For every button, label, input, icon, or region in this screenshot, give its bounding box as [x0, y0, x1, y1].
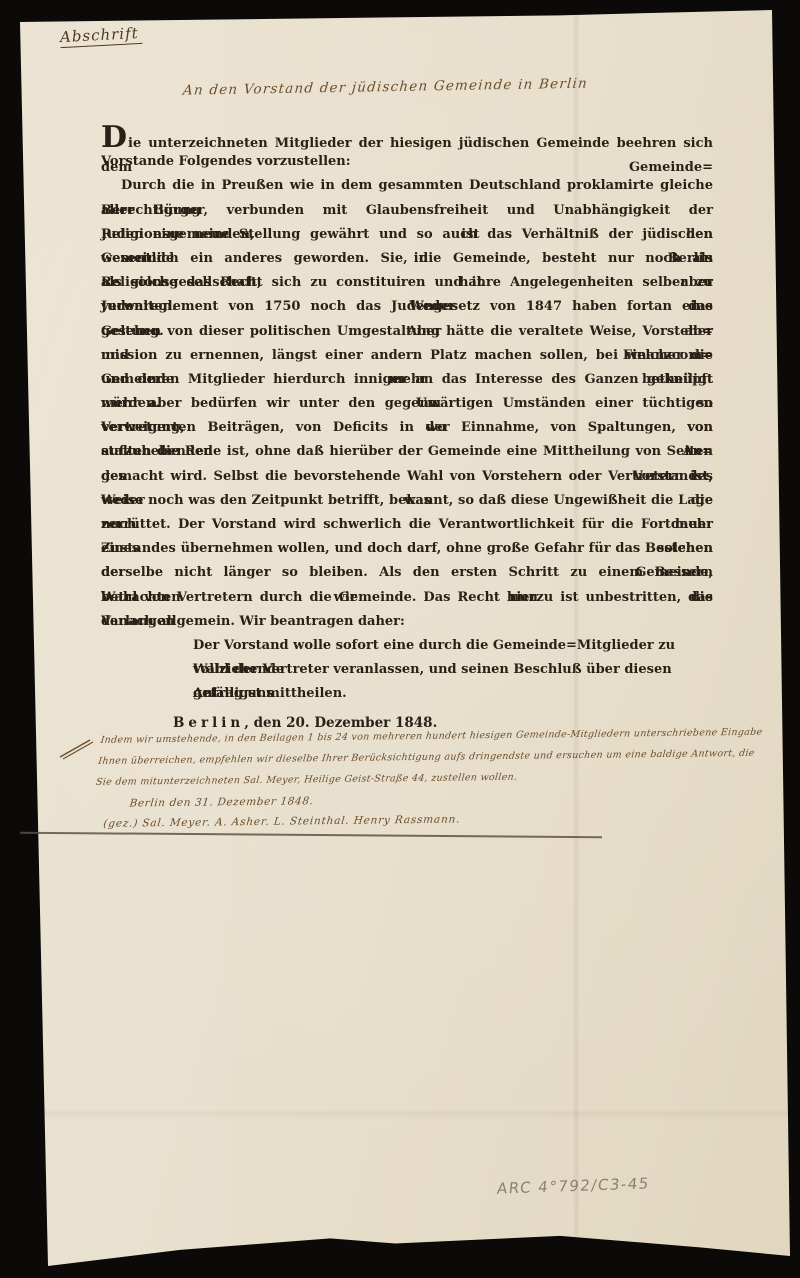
letter-line: zerrüttet. Der Vorstand wird schwerlich … — [101, 513, 713, 537]
letter-line: Zustandes übernehmen wollen, und doch da… — [101, 537, 713, 561]
letter-line: als solche das Recht sich zu constituire… — [101, 271, 713, 295]
letter-line: aller Bürger, verbunden mit Glaubensfrei… — [101, 199, 713, 223]
letter-line: stalten die Rede ist, ohne daß hierüber … — [101, 440, 713, 464]
letter-body: Die unterzeichneten Mitglieder der hiesi… — [101, 126, 713, 736]
copy-annotation: Abschrift — [60, 24, 143, 48]
letter-line: Judenreglement von 1750 noch das Judenge… — [101, 295, 713, 319]
letter-line: Weise noch was den Zeitpunkt betrifft, b… — [101, 489, 713, 513]
letter-line: verweigerten Beiträgen, von Deficits in … — [101, 416, 713, 440]
letter-line: derselbe nicht länger so bleiben. Als de… — [101, 561, 713, 585]
letter-line: Durch die in Preußen wie in dem gesammte… — [101, 174, 713, 198]
letter-line: mission zu ernennen, längst einer andern… — [101, 344, 713, 368]
letter-line: Wahl von Vertretern durch die Gemeinde. … — [101, 586, 713, 610]
margin-slash-mark — [56, 736, 96, 764]
archive-photo-background: Abschrift An den Vorstand der jüdischen … — [0, 0, 800, 1278]
letter-line: gemacht wird. Selbst die bevorstehende W… — [101, 465, 713, 489]
letter-line: Wahl der Vertreter veranlassen, und sein… — [101, 658, 713, 682]
letter-line: wesentlich ein anderes geworden. Sie, di… — [101, 247, 713, 271]
letter-line: Die unterzeichneten Mitglieder der hiesi… — [101, 126, 713, 150]
letter-line: mehr aber bedürfen wir unter den gegenwä… — [101, 392, 713, 416]
letter-line: und deren Mitglieder hierdurch inniger a… — [101, 368, 713, 392]
letter-line: danach allgemein. Wir beantragen daher: — [101, 610, 713, 634]
letter-line: Juden eine neue Stellung gewährt und so … — [101, 223, 713, 247]
letter-line: gesehen von dieser politischen Umgestalt… — [101, 320, 713, 344]
letter-line: gefälligst mittheilen. — [101, 682, 713, 706]
letter-line: Der Vorstand wolle sofort eine durch die… — [101, 634, 713, 658]
response-note: Indem wir umstehende, in den Beilagen 1 … — [90, 722, 741, 834]
